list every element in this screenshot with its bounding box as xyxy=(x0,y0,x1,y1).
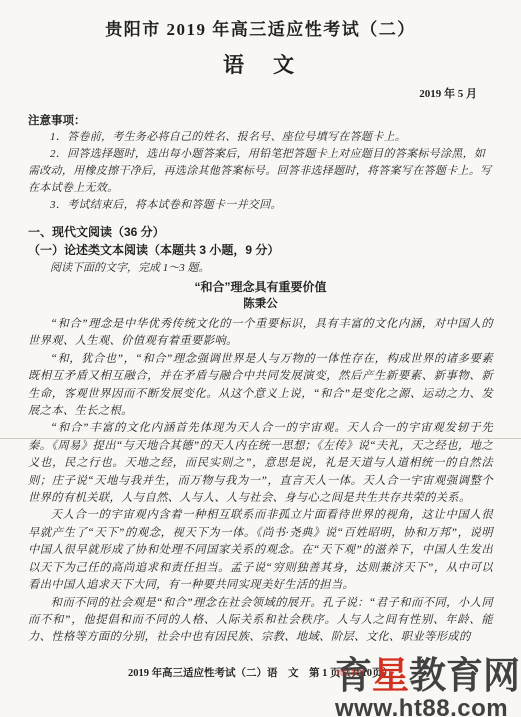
publisher-watermark: 育星教育网 育星教育 www.ht88.com xyxy=(335,656,520,717)
essay-title: “和合”理念具有重要价值 xyxy=(28,279,493,296)
essay-paragraph-1: “和合”理念是中华优秀传统文化的一个重要标识，具有丰富的文化内涵，对中国人的世界… xyxy=(28,316,493,351)
scan-artifact-line xyxy=(0,438,521,439)
reading-instruction: 阅读下面的文字，完成 1～3 题。 xyxy=(28,260,493,276)
watermark-brand-highlight: 星 xyxy=(372,655,409,696)
essay-paragraph-2: “和，犹合也”，“和合”理念强调世界是人与万物的一体性存在，构成世界的诸多要素既… xyxy=(28,351,493,421)
watermark-small-text: 育星教育 xyxy=(337,668,365,678)
essay-paragraph-5: 和而不同的社会观是“和合”理念在社会领域的展开。孔子说：“君子和而不同，小人同而… xyxy=(28,595,493,647)
notice-item-2: 2．回答选择题时，选出每小题答案后，用铅笔把答题卡上对应题目的答案标号涂黑，如需… xyxy=(28,146,493,197)
exam-date: 2019 年 5 月 xyxy=(28,87,493,102)
exam-paper-page: 贵阳市 2019 年高三适应性考试（二） 语 文 2019 年 5 月 注意事项… xyxy=(0,0,521,717)
notice-item-1: 1．答卷前，考生务必将自己的姓名、报名号、座位号填写在答题卡上。 xyxy=(28,129,493,146)
exam-title: 贵阳市 2019 年高三适应性考试（二） xyxy=(28,18,493,42)
essay-paragraph-4: 天人合一的宇宙观内含着一种相互联系而非孤立片面看待世界的视角，这让中国人很早就产… xyxy=(28,507,493,594)
page-content: 贵阳市 2019 年高三适应性考试（二） 语 文 2019 年 5 月 注意事项… xyxy=(0,0,521,647)
essay-body: “和合”理念是中华优秀传统文化的一个重要标识，具有丰富的文化内涵，对中国人的世界… xyxy=(28,316,493,647)
essay-author: 陈秉公 xyxy=(28,296,493,313)
essay-paragraph-3: “和合”丰富的文化内涵首先体现为天人合一的宇宙观。天人合一的宇宙观发轫于先秦。《… xyxy=(28,420,493,507)
section-heading-modern-reading: 一、现代文阅读（36 分） xyxy=(28,224,493,240)
subject-title: 语 文 xyxy=(28,51,493,79)
subsection-heading-discursive-text: （一）论述类文本阅读（本题共 3 小题，9 分） xyxy=(28,242,493,258)
watermark-url: www.ht88.com xyxy=(335,696,520,717)
notice-item-3: 3．考试结束后，将本试卷和答题卡一并交回。 xyxy=(28,197,493,214)
watermark-brand-suffix: 教育网 xyxy=(409,655,520,696)
notice-heading: 注意事项： xyxy=(28,113,493,129)
